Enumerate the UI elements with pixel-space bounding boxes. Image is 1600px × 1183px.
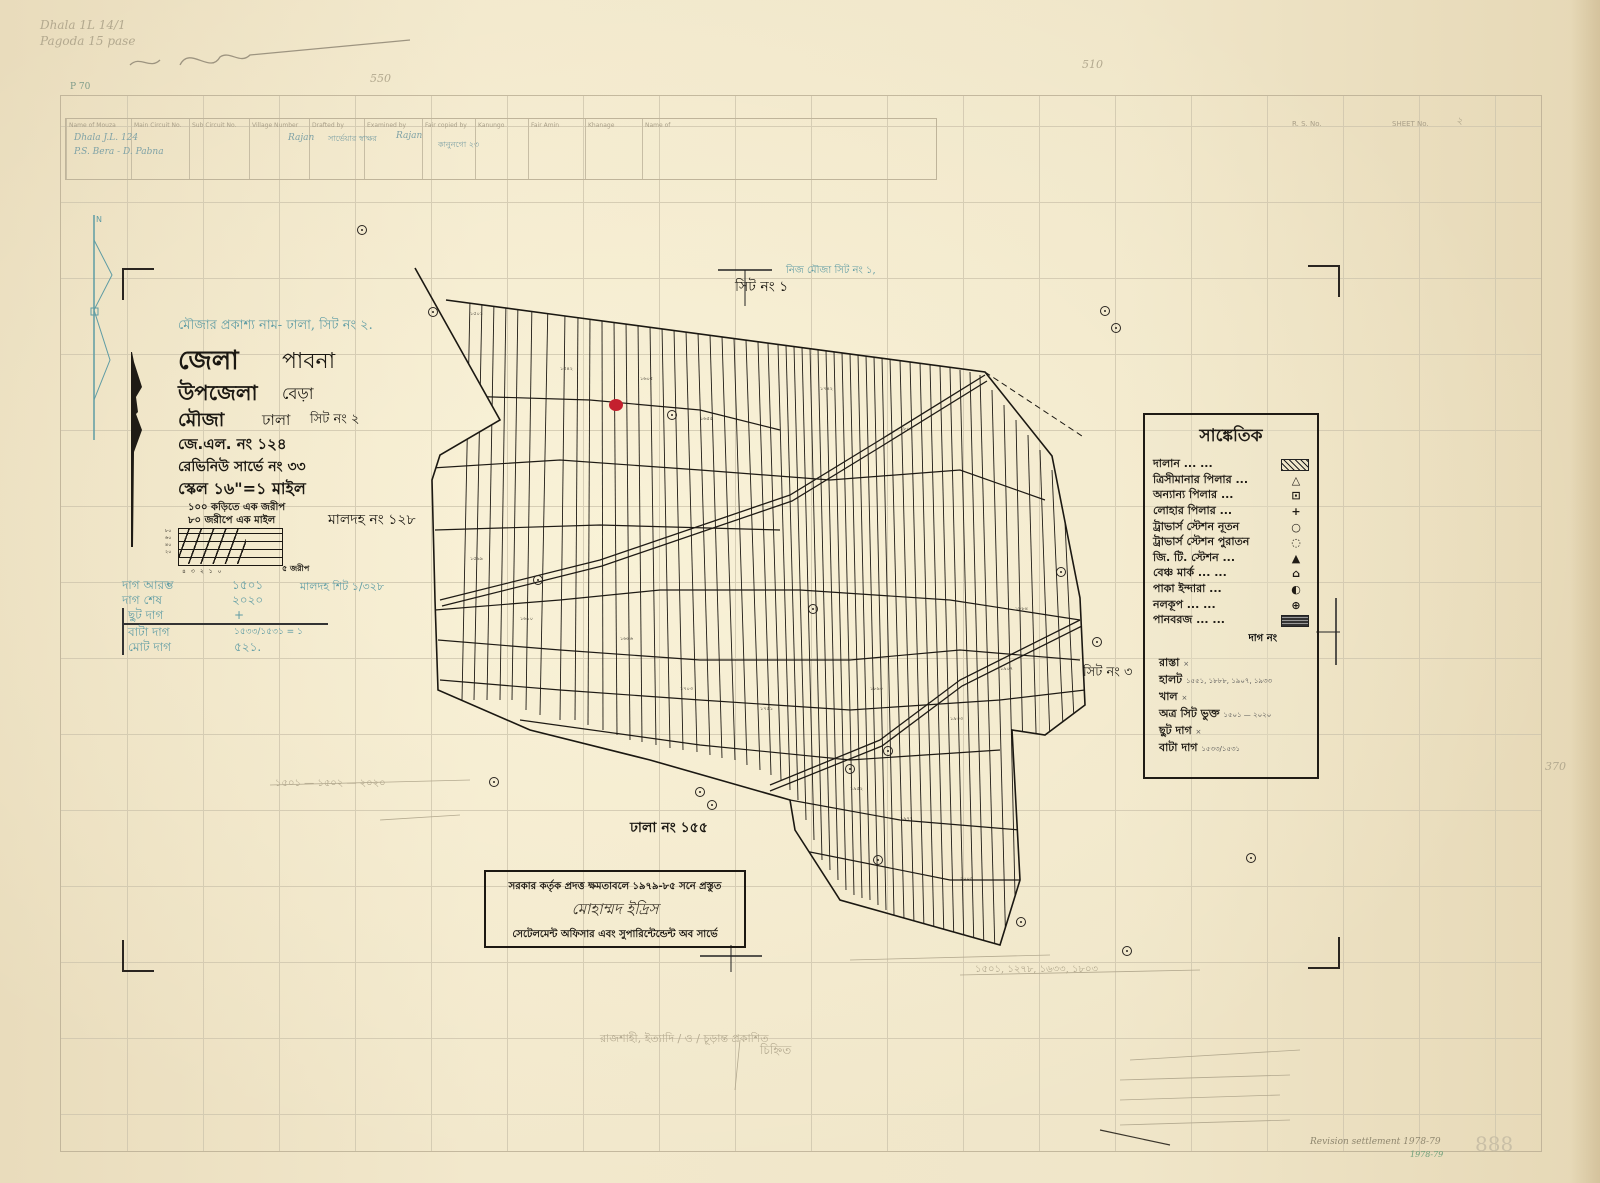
- revision-settlement-note: Revision settlement 1978-79: [1310, 1137, 1441, 1147]
- svg-text:১৯৭৭: ১৯৭৭: [900, 816, 913, 822]
- sheet-number-large: 888: [1475, 1132, 1513, 1156]
- svg-text:১৯৩৩: ১৯৩৩: [950, 716, 964, 722]
- traverse-station-icon: [1122, 946, 1132, 956]
- pencil-dag-list: ১৫০১, ১২৭৮, ১৬৩৩, ১৮০৩: [975, 962, 1098, 979]
- dotted-circle-icon: ◌: [1283, 536, 1309, 549]
- svg-text:১৬৬৬: ১৬৬৬: [620, 636, 634, 642]
- pencil-note-bottom-center: রাজশাহী, ইত্যাদি / ও / চূড়ান্ত প্রকাশিত: [600, 1030, 769, 1049]
- svg-text:১৫৯৯: ১৫৯৯: [470, 556, 483, 562]
- mouza-boundary: [415, 268, 1085, 945]
- plus-icon: +: [1283, 505, 1309, 518]
- building-hatch-icon: [1281, 459, 1309, 471]
- pencil-note-bottom-center-2: চিহ্নিত: [760, 1042, 791, 1062]
- pencil-note-left: ১৫০১ — ১৫০২ — ২০২০: [275, 776, 386, 793]
- traverse-station-icon: [1056, 567, 1066, 577]
- svg-text:১৭০৩: ১৭০৩: [680, 686, 694, 692]
- traverse-station-icon: [1246, 853, 1256, 863]
- svg-text:১৯৫২: ১৯৫২: [850, 786, 863, 792]
- svg-text:১৬৫৫: ১৬৫৫: [700, 416, 713, 422]
- betel-garden-pattern-icon: [1281, 615, 1309, 627]
- cadastral-parcel-map: ১৫০১১৫৪২১৬০৫ ১৬৫৫১৭৪২১৮০১ ১৫৯৯১৬১০১৬৬৬ ১…: [0, 0, 1600, 1183]
- traverse-station-icon: [1111, 323, 1121, 333]
- traverse-station-icon: [428, 307, 438, 317]
- traverse-station-icon: [883, 746, 893, 756]
- map-sheet: Dhala 1L 14/1 Pagoda 15 pase P 70 550 51…: [0, 0, 1600, 1183]
- traverse-station-icon: [667, 410, 677, 420]
- certificate-line-2: সেটেলমেন্ট অফিসার এবং সুপারিন্টেন্ডেন্ট …: [486, 927, 744, 944]
- traverse-station-icon: [845, 764, 855, 774]
- certification-box: সরকার কর্তৃক প্রদত্ত ক্ষমতাবলে ১৯৭৯-৮৫ স…: [484, 870, 746, 948]
- revision-year-green: 1978-79: [1410, 1150, 1443, 1159]
- square-dot-icon: ⊡: [1283, 489, 1309, 502]
- svg-text:১৯০৭: ১৯০৭: [1000, 666, 1013, 672]
- triangle-outline-icon: △: [1283, 474, 1309, 487]
- circle-icon: ○: [1283, 521, 1309, 534]
- svg-text:১৭৫১: ১৭৫১: [760, 706, 773, 712]
- svg-text:১৮৯০: ১৮৯০: [870, 686, 883, 692]
- certificate-line-1: সরকার কর্তৃক প্রদত্ত ক্ষমতাবলে ১৯৭৯-৮৫ স…: [486, 879, 744, 896]
- traverse-station-icon: [1016, 917, 1026, 927]
- svg-text:১৮০১: ১৮০১: [900, 426, 913, 432]
- legend-dag-list: রাস্তা × হালট ১৫৫১, ১৮৮৮, ১৯০৭, ১৯৩৩ খাল…: [1145, 654, 1317, 756]
- half-filled-circle-icon: ◐: [1283, 583, 1309, 596]
- traverse-station-icon: [489, 777, 499, 787]
- traverse-station-icon: [357, 225, 367, 235]
- legend-dag-header: দাগ নং: [1145, 631, 1317, 648]
- traverse-station-icon: [1100, 306, 1110, 316]
- legend-title: সাঙ্কেতিক: [1145, 423, 1317, 451]
- map-legend: সাঙ্কেতিক দালান ... ... ত্রিসীমানার পিলা…: [1143, 413, 1319, 779]
- traverse-station-icon: [707, 800, 717, 810]
- traverse-station-icon: [695, 787, 705, 797]
- legend-item-betel-garden: পানবরজ ... ...: [1145, 613, 1317, 629]
- svg-text:১৭৪২: ১৭৪২: [820, 386, 833, 392]
- svg-text:১৫০১: ১৫০১: [470, 311, 483, 317]
- officer-signature: মোহাম্মদ ইদ্রিস: [486, 898, 744, 923]
- svg-text:১৮৮৪: ১৮৮৪: [1015, 606, 1028, 612]
- traverse-station-icon: [533, 575, 543, 585]
- traverse-station-icon: [1092, 637, 1102, 647]
- svg-text:১৬০৫: ১৬০৫: [640, 376, 653, 382]
- svg-text:১৬১০: ১৬১০: [520, 616, 533, 622]
- bench-mark-icon: ⌂: [1283, 567, 1309, 580]
- red-marker: [609, 399, 623, 411]
- circle-cross-icon: ⊕: [1283, 599, 1309, 612]
- traverse-station-icon: [808, 604, 818, 614]
- svg-text:১৫৪২: ১৫৪২: [560, 366, 573, 372]
- filled-triangle-icon: ▲: [1283, 552, 1309, 565]
- traverse-station-icon: [873, 855, 883, 865]
- svg-text:২০০৫: ২০০৫: [960, 876, 973, 882]
